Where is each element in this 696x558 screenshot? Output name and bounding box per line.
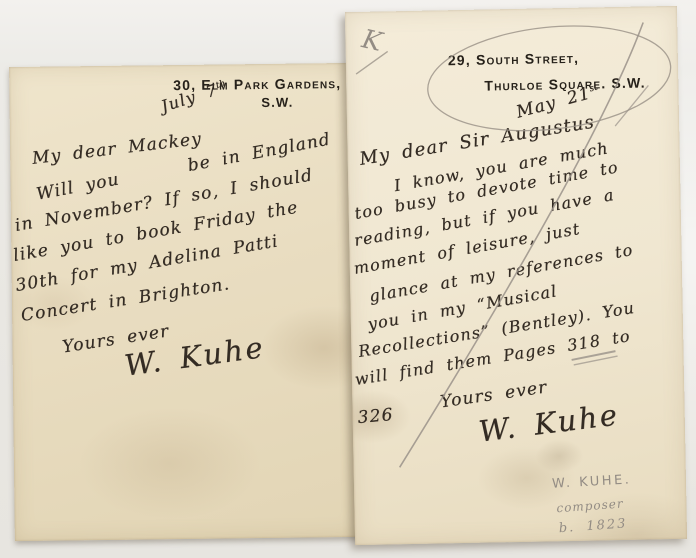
pencil-underline xyxy=(574,356,618,365)
album-page: 30, Elm Park Gardens, S.W. July 7th My d… xyxy=(0,0,696,558)
handwriting-line: 326 xyxy=(357,407,394,427)
pencil-cross-stroke xyxy=(614,85,649,126)
date-suffix: st xyxy=(588,83,599,95)
pencil-annotation-year: b. 1823 xyxy=(558,517,627,535)
letterhead-right-line1: 29, South Street, xyxy=(448,50,580,69)
letter-right: K 29, South Street, Thurloe Square. S.W.… xyxy=(345,6,687,545)
closing: Yours ever xyxy=(439,379,548,411)
letterhead-left-line2: S.W. xyxy=(261,95,293,110)
pencil-check-mark: K xyxy=(360,26,385,56)
pencil-annotation-role: composer xyxy=(556,497,624,514)
signature: W. Kuhe xyxy=(477,400,621,446)
letter-left: 30, Elm Park Gardens, S.W. July 7th My d… xyxy=(9,63,361,541)
pencil-annotation-name: W. KUHE. xyxy=(552,473,632,490)
